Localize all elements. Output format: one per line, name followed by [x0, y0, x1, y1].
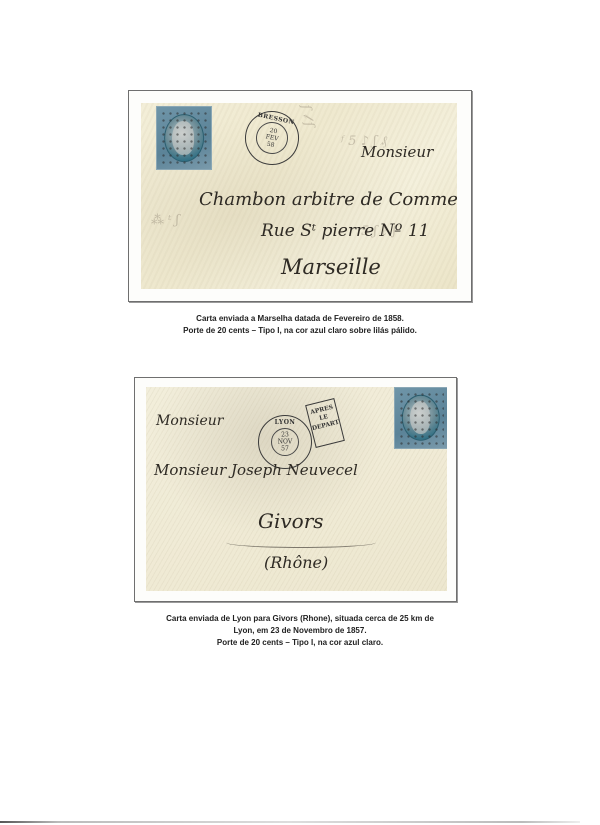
address-line: (Rhône)	[264, 553, 328, 572]
dotted-numeral-cancel	[398, 391, 444, 445]
scan-edge-line	[0, 821, 580, 823]
caption-line: Porte de 20 cents – Tipo I, na cor azul …	[0, 637, 600, 649]
postmark-date: 23 NOV 57	[259, 432, 311, 453]
postage-stamp	[156, 106, 212, 170]
postmark-year: 57	[259, 446, 311, 453]
caption-line: Carta enviada a Marselha datada de Fever…	[0, 313, 600, 325]
caption-line: Carta enviada de Lyon para Givors (Rhone…	[0, 613, 600, 625]
underline-flourish	[226, 537, 376, 548]
address-line: Monsieur Joseph Neuvecel	[154, 461, 358, 479]
address-line: Monsieur	[361, 143, 433, 161]
postage-stamp	[394, 387, 447, 449]
address-line: Givors	[258, 509, 324, 533]
cover-caption-2: Carta enviada de Lyon para Givors (Rhone…	[0, 613, 600, 649]
show-through-writing: ⁂ ᵗ ʃ	[151, 213, 179, 228]
caption-line: Lyon, em 23 de Novembro de 1857.	[0, 625, 600, 637]
date-postmark: BRESSON 20 FEV 58	[240, 106, 304, 170]
address-line: Chambon arbitre de Commerce	[199, 189, 457, 210]
address-line: Rue Sᵗ pierre Nº 11	[261, 221, 429, 241]
postmark-town: LYON	[259, 419, 311, 426]
cover-photo-frame-1: ℓ ſ 𝓁 ſ ᶠ 5 ♪ ʃ ₰ ⁂ ᵗ ʃ 5 ʃ ℓ ∫ BRESSON …	[128, 90, 472, 302]
postmark-day: 23	[259, 432, 311, 439]
address-line: Monsieur	[156, 413, 223, 429]
cover-caption-1: Carta enviada a Marselha datada de Fever…	[0, 313, 600, 337]
dotted-numeral-cancel	[160, 110, 208, 166]
caption-line: Porte de 20 cents – Tipo I, na cor azul …	[0, 325, 600, 337]
address-line: Marseille	[281, 255, 381, 279]
postmark-month: NOV	[259, 439, 311, 446]
cover-envelope-givors: LYON 23 NOV 57 APRES LE DEPART Monsieur …	[146, 387, 447, 591]
cover-photo-frame-2: LYON 23 NOV 57 APRES LE DEPART Monsieur …	[134, 377, 457, 602]
cover-envelope-marseille: ℓ ſ 𝓁 ſ ᶠ 5 ♪ ʃ ₰ ⁂ ᵗ ʃ 5 ʃ ℓ ∫ BRESSON …	[141, 103, 457, 289]
